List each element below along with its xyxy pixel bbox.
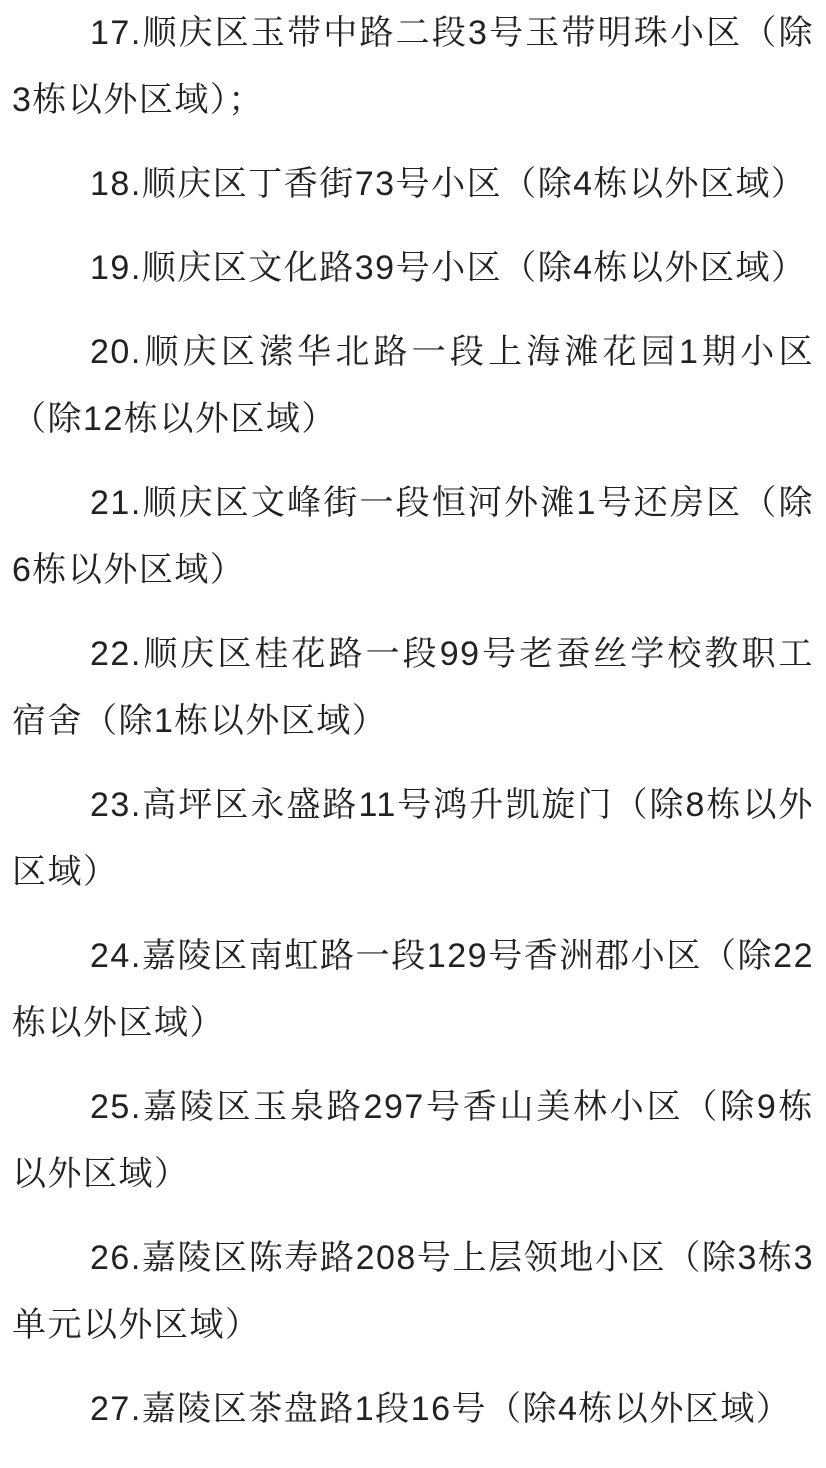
list-item: 23.高坪区永盛路11号鸿升凯旋门（除8栋以外区域） (12, 772, 814, 906)
list-item: 22.顺庆区桂花路一段99号老蚕丝学校教职工宿舍（除1栋以外区域） (12, 621, 814, 755)
list-item: 24.嘉陵区南虹路一段129号香洲郡小区（除22栋以外区域） (12, 923, 814, 1057)
list-item: 21.顺庆区文峰街一段恒河外滩1号还房区（除6栋以外区域） (12, 470, 814, 604)
list-item: 20.顺庆区潆华北路一段上海滩花园1期小区（除12栋以外区域） (12, 319, 814, 453)
list-item: 18.顺庆区丁香街73号小区（除4栋以外区域） (12, 151, 814, 218)
list-item: 27.嘉陵区茶盘路1段16号（除4栋以外区域） (12, 1376, 814, 1443)
list-item: 17.顺庆区玉带中路二段3号玉带明珠小区（除3栋以外区域）； (12, 0, 814, 134)
list-item: 25.嘉陵区玉泉路297号香山美林小区（除9栋以外区域） (12, 1074, 814, 1208)
list-item: 26.嘉陵区陈寿路208号上层领地小区（除3栋3单元以外区域） (12, 1225, 814, 1359)
notice-address-list: 17.顺庆区玉带中路二段3号玉带明珠小区（除3栋以外区域）；18.顺庆区丁香街7… (0, 0, 826, 1443)
list-item: 19.顺庆区文化路39号小区（除4栋以外区域） (12, 235, 814, 302)
